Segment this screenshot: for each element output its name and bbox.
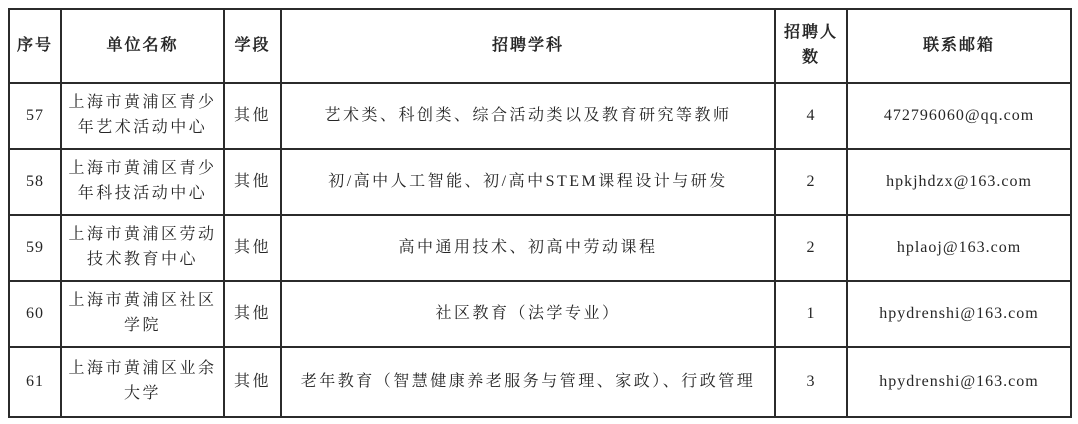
page: 序号 单位名称 学段 招聘学科 招聘人数 联系邮箱 57 上海市黄浦区青少年艺术…	[0, 0, 1078, 424]
cell-unit-name: 上海市黄浦区劳动技术教育中心	[61, 215, 224, 281]
table-row: 57 上海市黄浦区青少年艺术活动中心 其他 艺术类、科创类、综合活动类以及教育研…	[9, 83, 1071, 149]
cell-school-stage: 其他	[224, 149, 281, 215]
cell-recruit-subjects: 艺术类、科创类、综合活动类以及教育研究等教师	[281, 83, 775, 149]
header-school-stage: 学段	[224, 9, 281, 83]
table-header-row: 序号 单位名称 学段 招聘学科 招聘人数 联系邮箱	[9, 9, 1071, 83]
table-row: 58 上海市黄浦区青少年科技活动中心 其他 初/高中人工智能、初/高中STEM课…	[9, 149, 1071, 215]
table-row: 61 上海市黄浦区业余大学 其他 老年教育（智慧健康养老服务与管理、家政）、行政…	[9, 347, 1071, 417]
cell-recruit-count: 2	[775, 149, 847, 215]
cell-unit-name: 上海市黄浦区青少年科技活动中心	[61, 149, 224, 215]
cell-unit-name: 上海市黄浦区社区学院	[61, 281, 224, 347]
cell-recruit-count: 2	[775, 215, 847, 281]
header-recruit-count: 招聘人数	[775, 9, 847, 83]
cell-school-stage: 其他	[224, 347, 281, 417]
cell-recruit-subjects: 老年教育（智慧健康养老服务与管理、家政）、行政管理	[281, 347, 775, 417]
header-contact-email: 联系邮箱	[847, 9, 1071, 83]
cell-contact-email: hpydrenshi@163.com	[847, 281, 1071, 347]
cell-serial-number: 60	[9, 281, 61, 347]
cell-recruit-subjects: 社区教育（法学专业）	[281, 281, 775, 347]
cell-school-stage: 其他	[224, 83, 281, 149]
cell-recruit-count: 3	[775, 347, 847, 417]
cell-serial-number: 61	[9, 347, 61, 417]
cell-recruit-subjects: 高中通用技术、初高中劳动课程	[281, 215, 775, 281]
recruitment-table: 序号 单位名称 学段 招聘学科 招聘人数 联系邮箱 57 上海市黄浦区青少年艺术…	[8, 8, 1072, 418]
cell-recruit-count: 4	[775, 83, 847, 149]
cell-serial-number: 58	[9, 149, 61, 215]
cell-serial-number: 57	[9, 83, 61, 149]
cell-serial-number: 59	[9, 215, 61, 281]
cell-unit-name: 上海市黄浦区业余大学	[61, 347, 224, 417]
table-row: 60 上海市黄浦区社区学院 其他 社区教育（法学专业） 1 hpydrenshi…	[9, 281, 1071, 347]
cell-recruit-subjects: 初/高中人工智能、初/高中STEM课程设计与研发	[281, 149, 775, 215]
header-recruit-subjects: 招聘学科	[281, 9, 775, 83]
header-unit-name: 单位名称	[61, 9, 224, 83]
cell-contact-email: hpkjhdzx@163.com	[847, 149, 1071, 215]
cell-contact-email: 472796060@qq.com	[847, 83, 1071, 149]
cell-unit-name: 上海市黄浦区青少年艺术活动中心	[61, 83, 224, 149]
cell-school-stage: 其他	[224, 215, 281, 281]
table-row: 59 上海市黄浦区劳动技术教育中心 其他 高中通用技术、初高中劳动课程 2 hp…	[9, 215, 1071, 281]
cell-contact-email: hpydrenshi@163.com	[847, 347, 1071, 417]
cell-recruit-count: 1	[775, 281, 847, 347]
header-serial-number: 序号	[9, 9, 61, 83]
table-body: 57 上海市黄浦区青少年艺术活动中心 其他 艺术类、科创类、综合活动类以及教育研…	[9, 83, 1071, 417]
cell-contact-email: hplaoj@163.com	[847, 215, 1071, 281]
cell-school-stage: 其他	[224, 281, 281, 347]
